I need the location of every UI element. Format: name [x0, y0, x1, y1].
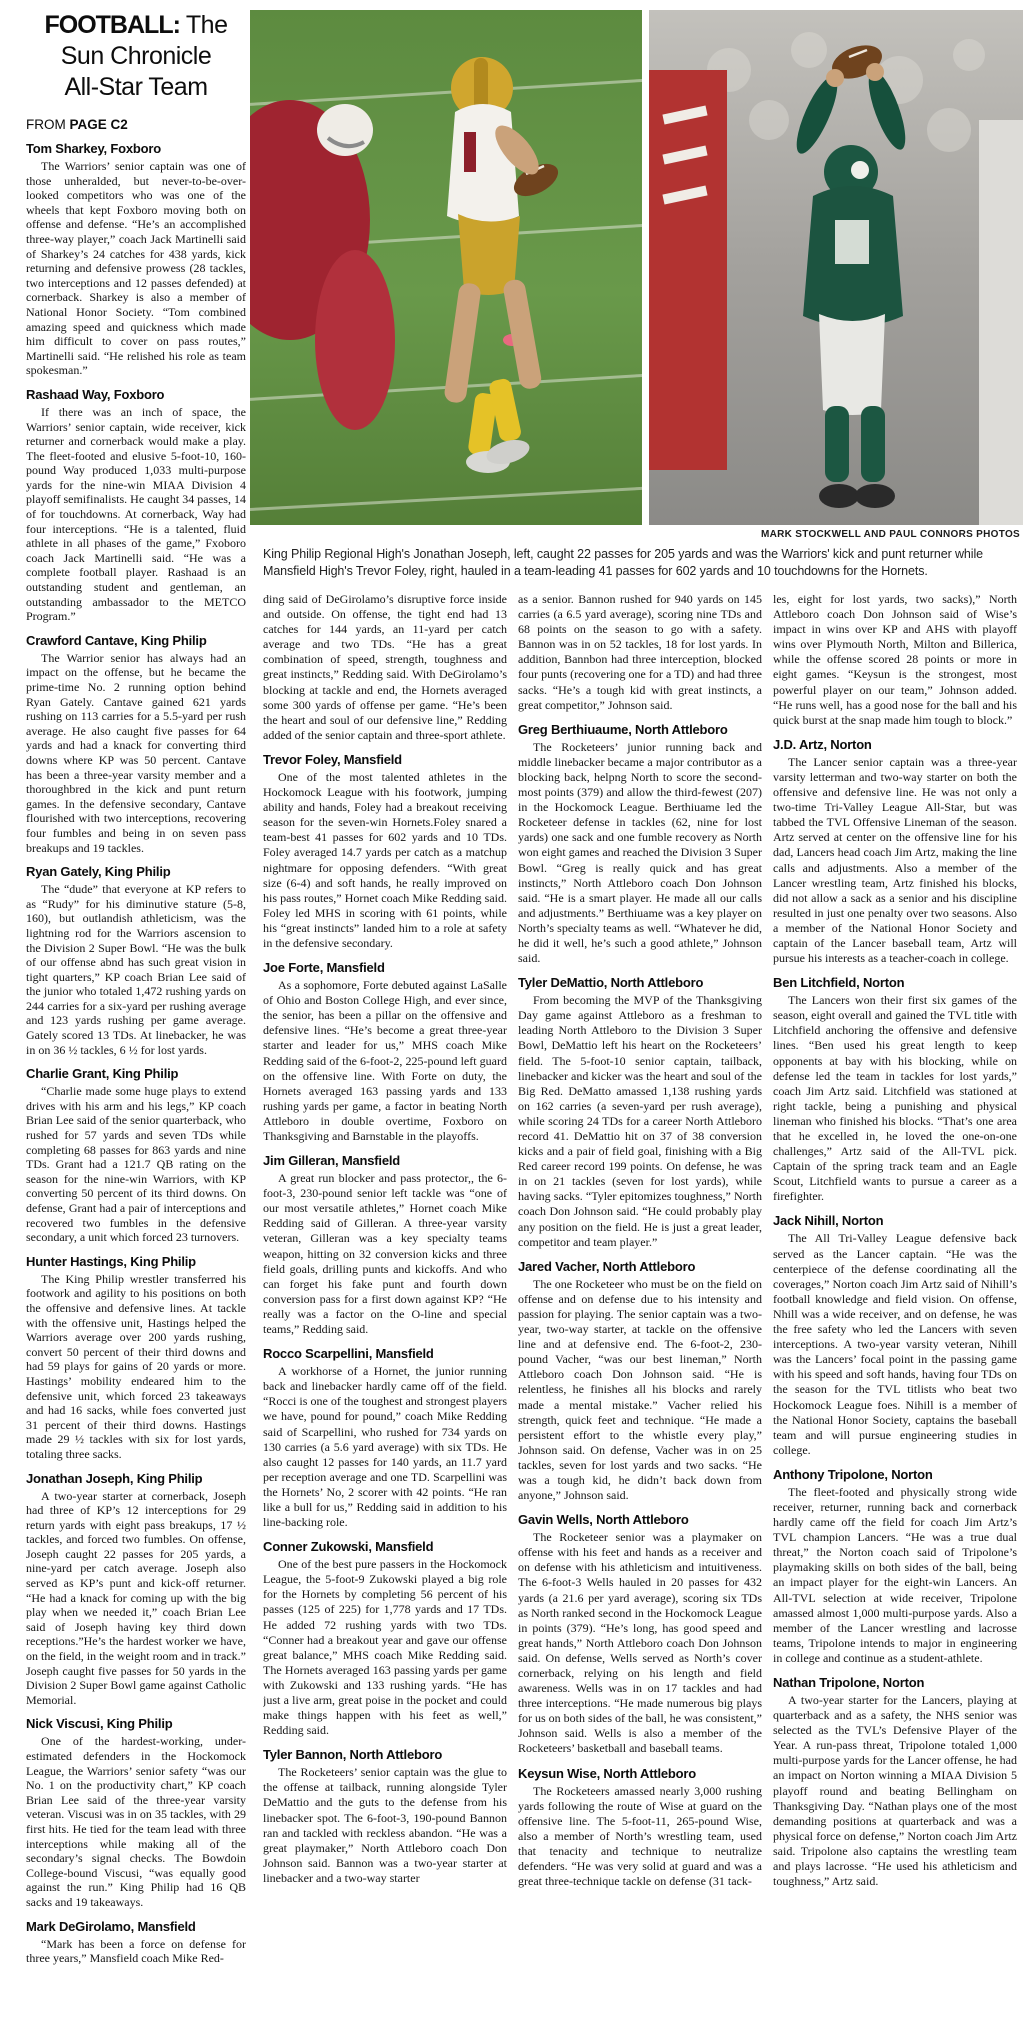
story-paragraph: As a sophomore, Forte debuted against La…: [263, 978, 507, 1144]
story-paragraph: ding said of DeGirolamo’s disruptive for…: [263, 592, 507, 743]
from-label: FROM: [26, 117, 70, 132]
story-paragraph: A two-year starter for the Lancers, play…: [773, 1693, 1017, 1889]
player-section-header: Ryan Gately, King Philip: [26, 864, 246, 879]
player-section-header: J.D. Artz, Norton: [773, 737, 1017, 752]
player-section-header: Crawford Cantave, King Philip: [26, 633, 246, 648]
player-section-header: Jonathan Joseph, King Philip: [26, 1471, 246, 1486]
story-paragraph: The All Tri-Valley League defensive back…: [773, 1231, 1017, 1457]
player-section-header: Tyler Bannon, North Attleboro: [263, 1747, 507, 1762]
player-section-header: Gavin Wells, North Attleboro: [518, 1512, 762, 1527]
headline-line-1: FOOTBALL: The: [45, 11, 228, 39]
masthead-column: FOOTBALL: The Sun Chronicle All-Star Tea…: [26, 10, 246, 1966]
story-paragraph: One of the hardest-working, under-estima…: [26, 1734, 246, 1909]
story-paragraph: The Rocketeer senior was a playmaker on …: [518, 1530, 762, 1756]
story-paragraph: The one Rocketeer who must be on the fie…: [518, 1277, 762, 1503]
player-section-header: Conner Zukowski, Mansfield: [263, 1539, 507, 1554]
player-section-header: Mark DeGirolamo, Mansfield: [26, 1919, 246, 1934]
stadium-banner: [649, 70, 727, 470]
story-paragraph: One of the most talented athletes in the…: [263, 770, 507, 951]
headline-kicker: FOOTBALL:: [45, 11, 180, 39]
player-section-header: Jared Vacher, North Attleboro: [518, 1259, 762, 1274]
photo-jonathan-joseph: [250, 10, 642, 525]
story-column-4: les, eight for lost yards, two sacks),” …: [773, 592, 1017, 2026]
story-paragraph: The “dude” that everyone at KP refers to…: [26, 882, 246, 1057]
story-paragraph: The Lancers won their first six games of…: [773, 993, 1017, 1204]
player-section-header: Rashaad Way, Foxboro: [26, 387, 246, 402]
story-paragraph: If there was an inch of space, the Warri…: [26, 405, 246, 624]
newspaper-page: FOOTBALL: The Sun Chronicle All-Star Tea…: [0, 0, 1023, 2026]
story-paragraph: The Rocketeers’ junior running back and …: [518, 740, 762, 966]
player-section-header: Hunter Hastings, King Philip: [26, 1254, 246, 1269]
story-column-1: Tom Sharkey, FoxboroThe Warriors’ senior…: [26, 141, 246, 1966]
story-column-2: ding said of DeGirolamo’s disruptive for…: [263, 592, 507, 2026]
story-paragraph: “Mark has been a force on defense for th…: [26, 1937, 246, 1966]
photo-trevor-foley: [649, 10, 1023, 525]
player-section-header: Keysun Wise, North Attleboro: [518, 1766, 762, 1781]
photo-caption: King Philip Regional High's Jonathan Jos…: [263, 546, 1020, 579]
story-paragraph: “Charlie made some huge plays to extend …: [26, 1084, 246, 1245]
player-section-header: Ben Litchfield, Norton: [773, 975, 1017, 990]
player-section-header: Tyler DeMattio, North Attleboro: [518, 975, 762, 990]
bystander-figure: [979, 120, 1023, 525]
story-paragraph: The Warrior senior has always had an imp…: [26, 651, 246, 855]
player-section-header: Charlie Grant, King Philip: [26, 1066, 246, 1081]
player-section-header: Joe Forte, Mansfield: [263, 960, 507, 975]
story-paragraph: The Warriors’ senior captain was one of …: [26, 159, 246, 378]
player-section-header: Tom Sharkey, Foxboro: [26, 141, 246, 156]
player-section-header: Rocco Scarpellini, Mansfield: [263, 1346, 507, 1361]
story-paragraph: A great run blocker and pass protector,,…: [263, 1171, 507, 1337]
from-page-number: PAGE C2: [70, 117, 128, 132]
player-section-header: Greg Berthiuaume, North Attleboro: [518, 722, 762, 737]
story-paragraph: One of the best pure passers in the Hock…: [263, 1557, 507, 1738]
continued-from-ref: FROM PAGE C2: [26, 117, 246, 132]
player-section-header: Nick Viscusi, King Philip: [26, 1716, 246, 1731]
story-paragraph: The Rocketeers’ senior captain was the g…: [263, 1765, 507, 1886]
story-paragraph: The King Philip wrestler transferred his…: [26, 1272, 246, 1462]
story-paragraph: The Lancer senior captain was a three-ye…: [773, 755, 1017, 966]
story-paragraph: les, eight for lost yards, two sacks),” …: [773, 592, 1017, 728]
story-paragraph: A two-year starter at cornerback, Joseph…: [26, 1489, 246, 1708]
player-section-header: Trevor Foley, Mansfield: [263, 752, 507, 767]
page-title: FOOTBALL: The Sun Chronicle All-Star Tea…: [26, 10, 246, 103]
headline-line-3: All-Star Team: [64, 73, 207, 101]
story-paragraph: as a senior. Bannon rushed for 940 yards…: [518, 592, 762, 713]
story-paragraph: From becoming the MVP of the Thanksgivin…: [518, 993, 762, 1250]
player-section-header: Jim Gilleran, Mansfield: [263, 1153, 507, 1168]
photo-credit: MARK STOCKWELL AND PAUL CONNORS PHOTOS: [250, 529, 1020, 540]
headline-line-2: Sun Chronicle: [61, 42, 212, 70]
headline-line-1-rest: The: [180, 11, 228, 39]
story-paragraph: The fleet-footed and physically strong w…: [773, 1485, 1017, 1666]
story-column-3: as a senior. Bannon rushed for 940 yards…: [518, 592, 762, 2026]
story-paragraph: The Rocketeers amassed nearly 3,000 rush…: [518, 1784, 762, 1890]
player-section-header: Nathan Tripolone, Norton: [773, 1675, 1017, 1690]
player-section-header: Anthony Tripolone, Norton: [773, 1467, 1017, 1482]
story-paragraph: A workhorse of a Hornet, the junior runn…: [263, 1364, 507, 1530]
player-section-header: Jack Nihill, Norton: [773, 1213, 1017, 1228]
